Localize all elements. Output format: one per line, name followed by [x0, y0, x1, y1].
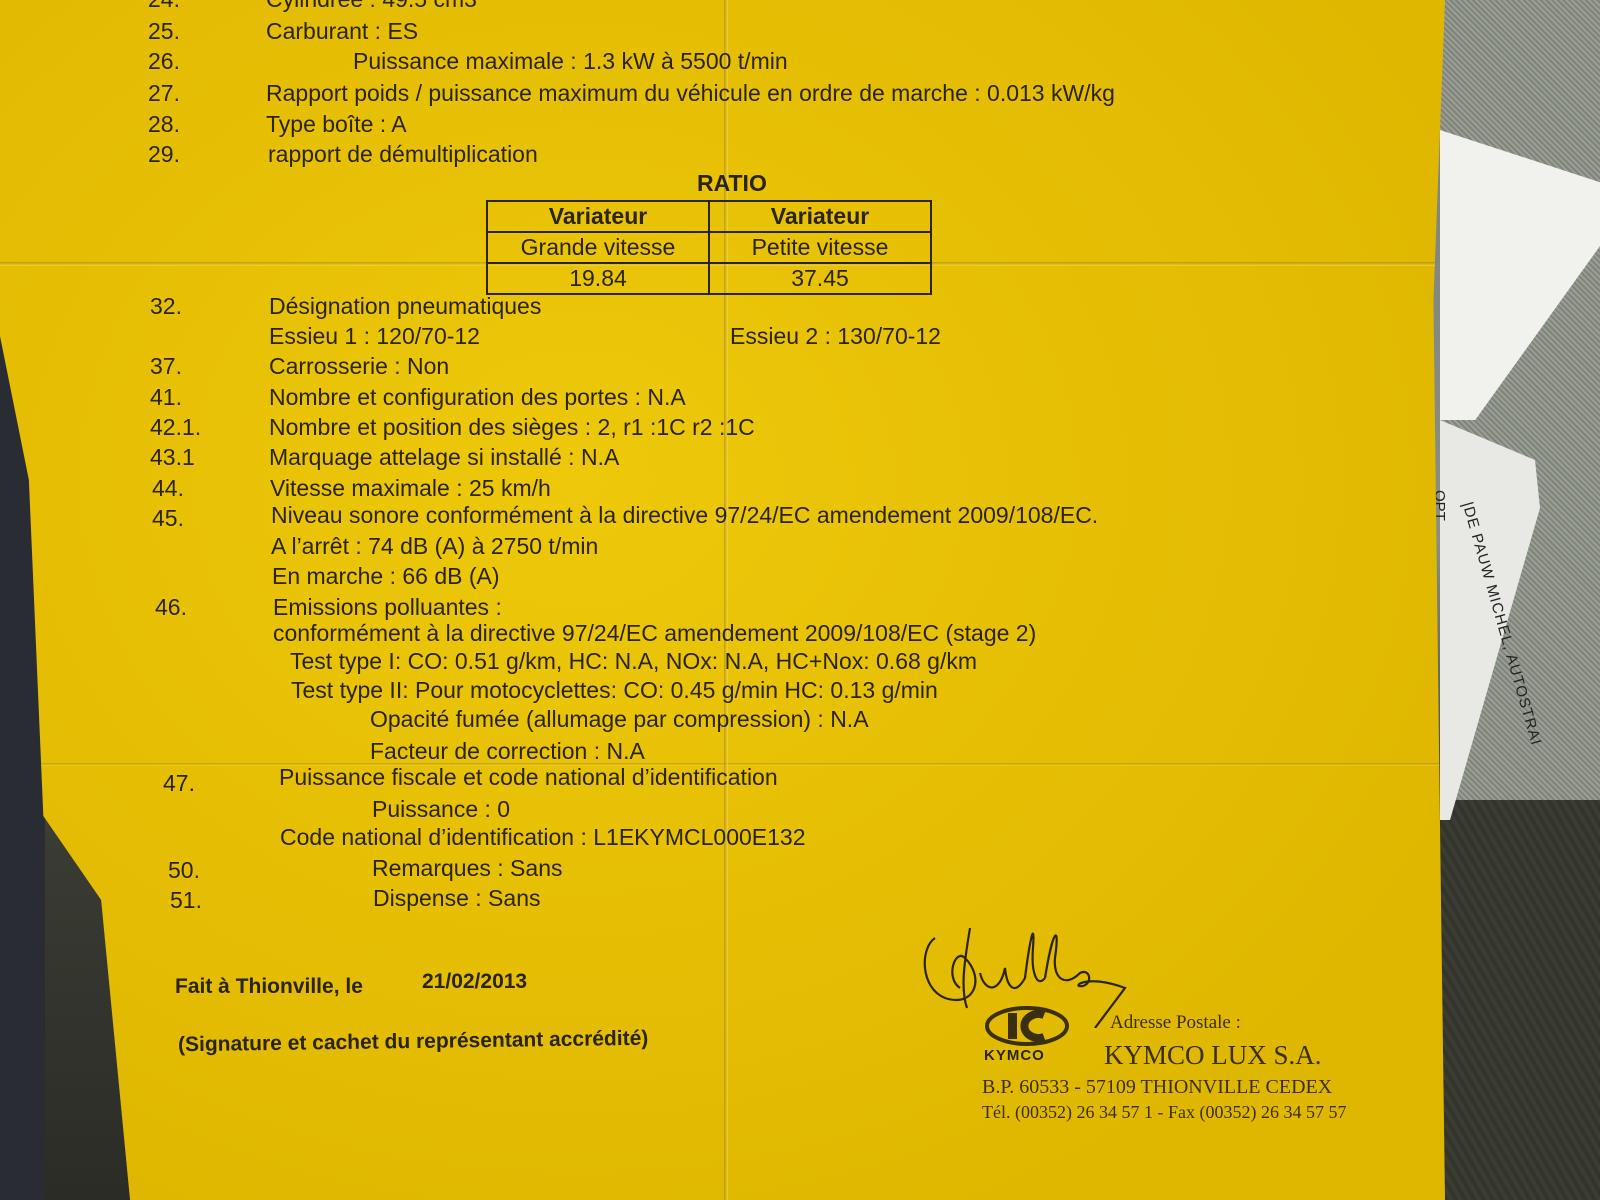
- item-number: 43.1: [150, 444, 195, 471]
- noise-moving: En marche : 66 dB (A): [272, 563, 500, 590]
- exemption: Dispense : Sans: [373, 885, 540, 912]
- item-number: 27.: [148, 80, 180, 107]
- item-number: 25.: [148, 18, 180, 45]
- item-number: 41.: [150, 384, 182, 411]
- fiscal-power: Puissance : 0: [372, 796, 510, 823]
- ratio-subheader: Petite vitesse: [709, 232, 931, 263]
- ratio-table: Variateur Variateur Grande vitesse Petit…: [486, 200, 932, 295]
- item-number: 47.: [163, 770, 195, 797]
- item-text: Type boîte : A: [266, 111, 407, 138]
- company-phone: Tél. (00352) 26 34 57 1 - Fax (00352) 26…: [982, 1102, 1346, 1123]
- item-text: Carburant : ES: [266, 18, 418, 45]
- ratio-header: Variateur: [487, 201, 709, 232]
- emissions-test-2: Test type II: Pour motocyclettes: CO: 0.…: [291, 677, 938, 704]
- kymco-logo-icon: [982, 1005, 1072, 1047]
- yellow-certificate-document: 24. Cylindrée : 49.5 cm3 25. Carburant :…: [0, 0, 1445, 1200]
- address-label: Adresse Postale :: [1110, 1012, 1241, 1034]
- emissions-correction: Facteur de correction : N.A: [370, 738, 645, 765]
- tyres-axle-2: Essieu 2 : 130/70-12: [730, 323, 941, 350]
- ratio-title: RATIO: [697, 170, 767, 197]
- item-number: 44.: [152, 475, 184, 502]
- fiscal-title: Puissance fiscale et code national d’ide…: [279, 764, 778, 791]
- item-text: rapport de démultiplication: [268, 141, 538, 168]
- item-number: 42.1.: [150, 414, 201, 441]
- item-number: 24.: [148, 0, 180, 13]
- date: 21/02/2013: [422, 970, 527, 994]
- company-address: B.P. 60533 - 57109 THIONVILLE CEDEX: [982, 1076, 1332, 1099]
- ratio-value: 37.45: [709, 263, 931, 294]
- item-number: 46.: [155, 594, 187, 621]
- emissions-directive: conformément à la directive 97/24/EC ame…: [273, 620, 1036, 647]
- company-name: KYMCO LUX S.A.: [1104, 1040, 1322, 1071]
- tyres-axle-1: Essieu 1 : 120/70-12: [269, 323, 480, 350]
- item-text: Niveau sonore conformément à la directiv…: [271, 502, 1098, 529]
- noise-stationary: A l’arrêt : 74 dB (A) à 2750 t/min: [271, 533, 598, 560]
- item-number: 45.: [152, 505, 184, 532]
- item-text: Puissance maximale : 1.3 kW à 5500 t/min: [353, 48, 788, 75]
- ratio-value: 19.84: [487, 263, 709, 294]
- item-text: Nombre et configuration des portes : N.A: [269, 384, 686, 411]
- background-wood: [1440, 800, 1600, 1200]
- emissions-title: Emissions polluantes :: [273, 594, 502, 621]
- item-number: 37.: [150, 353, 182, 380]
- item-text: Cylindrée : 49.5 cm3: [266, 0, 477, 13]
- emissions-opacity: Opacité fumée (allumage par compression)…: [370, 706, 869, 733]
- item-number: 26.: [148, 48, 180, 75]
- tyres-title: Désignation pneumatiques: [269, 293, 541, 320]
- item-text: Carrosserie : Non: [269, 353, 449, 380]
- item-text: Marquage attelage si installé : N.A: [269, 444, 619, 471]
- item-text: Rapport poids / puissance maximum du véh…: [266, 80, 1115, 107]
- kymco-logo-text: KYMCO: [984, 1047, 1045, 1064]
- emissions-test-1: Test type I: CO: 0.51 g/km, HC: N.A, NOx…: [290, 648, 977, 675]
- fiscal-code: Code national d’identification : L1EKYMC…: [280, 824, 806, 851]
- item-text: Vitesse maximale : 25 km/h: [270, 475, 551, 502]
- ratio-subheader: Grande vitesse: [487, 232, 709, 263]
- item-text: Nombre et position des sièges : 2, r1 :1…: [269, 414, 755, 441]
- place-date-label: Fait à Thionville, le: [175, 975, 363, 999]
- ratio-header: Variateur: [709, 201, 931, 232]
- remarks: Remarques : Sans: [372, 855, 562, 882]
- item-number: 50.: [168, 857, 200, 884]
- item-number: 29.: [148, 141, 180, 168]
- item-number: 28.: [148, 111, 180, 138]
- item-number: 51.: [170, 887, 202, 914]
- item-number: 32.: [150, 293, 182, 320]
